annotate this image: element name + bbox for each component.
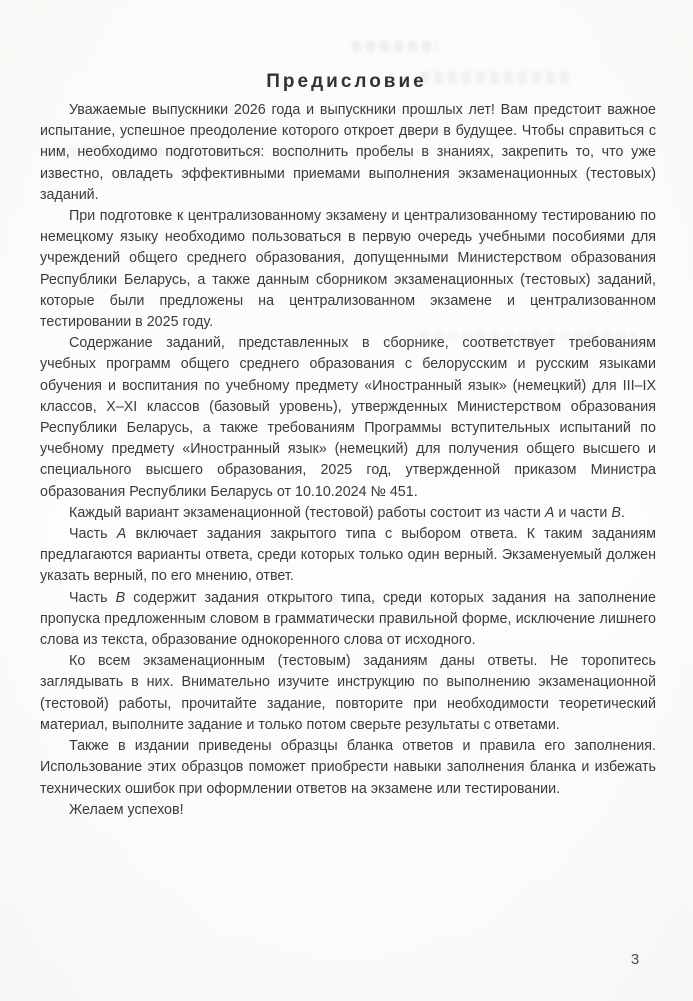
paragraph: Каждый вариант экзаменационной (тестовой… (40, 503, 656, 524)
paragraph: Также в издании приведены образцы бланка… (40, 736, 656, 800)
paragraph: Часть B содержит задания открытого типа,… (40, 588, 656, 652)
bleed-through-artifact (352, 41, 438, 52)
page-title: Предисловие (0, 71, 693, 93)
preface-body: Уважаемые выпускники 2026 года и выпускн… (40, 100, 656, 821)
scanned-book-page: Предисловие Уважаемые выпускники 2026 го… (0, 0, 693, 1001)
paragraph: Часть A включает задания закрытого типа … (40, 524, 656, 588)
paragraph: Желаем успехов! (40, 800, 656, 821)
paragraph: При подготовке к централизованному экзам… (40, 206, 656, 333)
page-number: 3 (620, 951, 650, 968)
paragraph: Ко всем экзаменационным (тестовым) задан… (40, 651, 656, 736)
paragraph: Уважаемые выпускники 2026 года и выпускн… (40, 100, 656, 206)
paragraph: Содержание заданий, представленных в сбо… (40, 333, 656, 503)
